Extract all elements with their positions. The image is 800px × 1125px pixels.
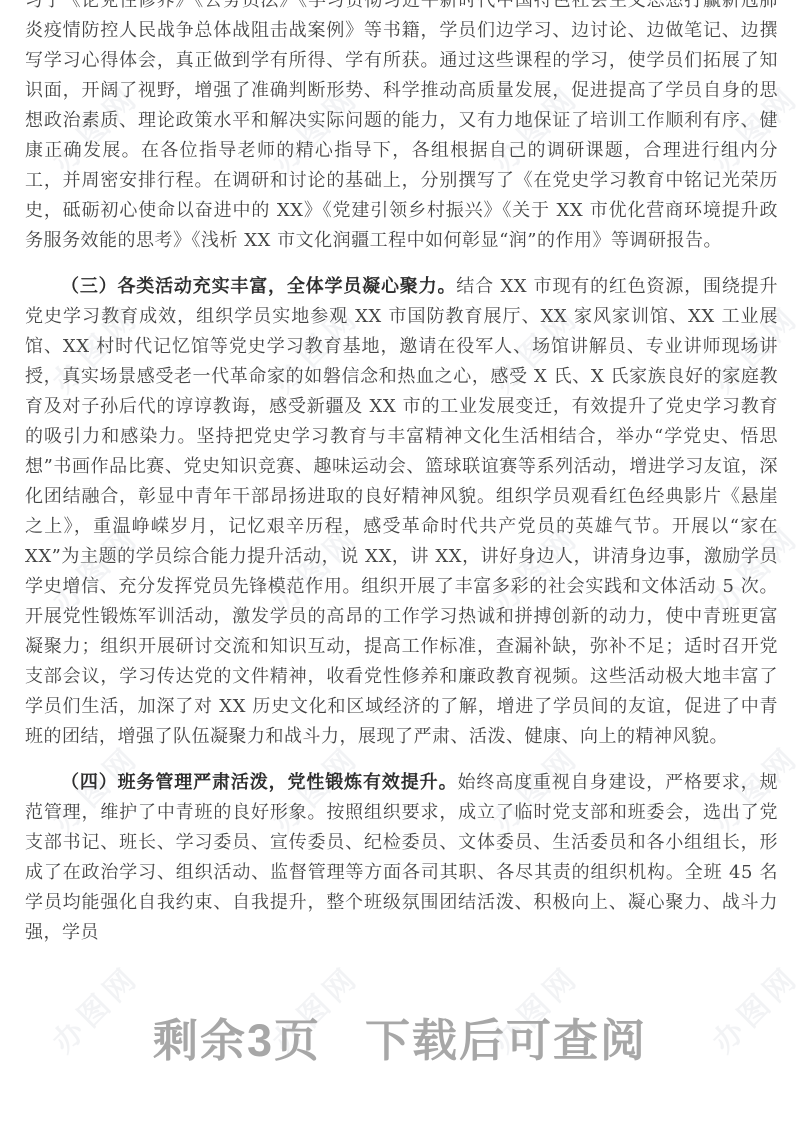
- paragraph-body: 结合 XX 市现有的红色资源，围绕提升党史学习教育成效，组织学员实地参观 XX …: [25, 276, 778, 747]
- paragraph-heading: （三）各类活动充实丰富，全体学员凝心聚力。: [61, 276, 456, 297]
- download-notice-text: 下载后可查阅: [365, 1015, 647, 1066]
- paragraph-body: 始终高度重视自身建设，严格要求，规范管理，维护了中青班的良好形象。按照组织要求，…: [25, 772, 778, 943]
- paragraph: （四）班务管理严肃活泼，党性锻炼有效提升。始终高度重视自身建设，严格要求，规范管…: [25, 768, 778, 948]
- document-page: 办图网办图网办图网办图网办图网办图网办图网办图网办图网办图网办图网办图网办图网办…: [0, 0, 800, 1125]
- paragraph: 习了《论党性修养》《公务员法》《学习贯彻习近平新时代中国特色社会主义思想打赢新冠…: [25, 0, 778, 256]
- paragraph-heading: （四）班务管理严肃活泼，党性锻炼有效提升。: [61, 772, 457, 793]
- paragraph: （三）各类活动充实丰富，全体学员凝心聚力。结合 XX 市现有的红色资源，围绕提升…: [25, 272, 778, 752]
- paragraph-body: 习了《论党性修养》《公务员法》《学习贯彻习近平新时代中国特色社会主义思想打赢新冠…: [25, 0, 778, 251]
- pages-remaining-banner: 剩余3页下载后可查阅: [0, 1013, 800, 1068]
- document-text: 习了《论党性修养》《公务员法》《学习贯彻习近平新时代中国特色社会主义思想打赢新冠…: [25, 0, 778, 948]
- pages-remaining-text: 剩余3页: [153, 1015, 321, 1066]
